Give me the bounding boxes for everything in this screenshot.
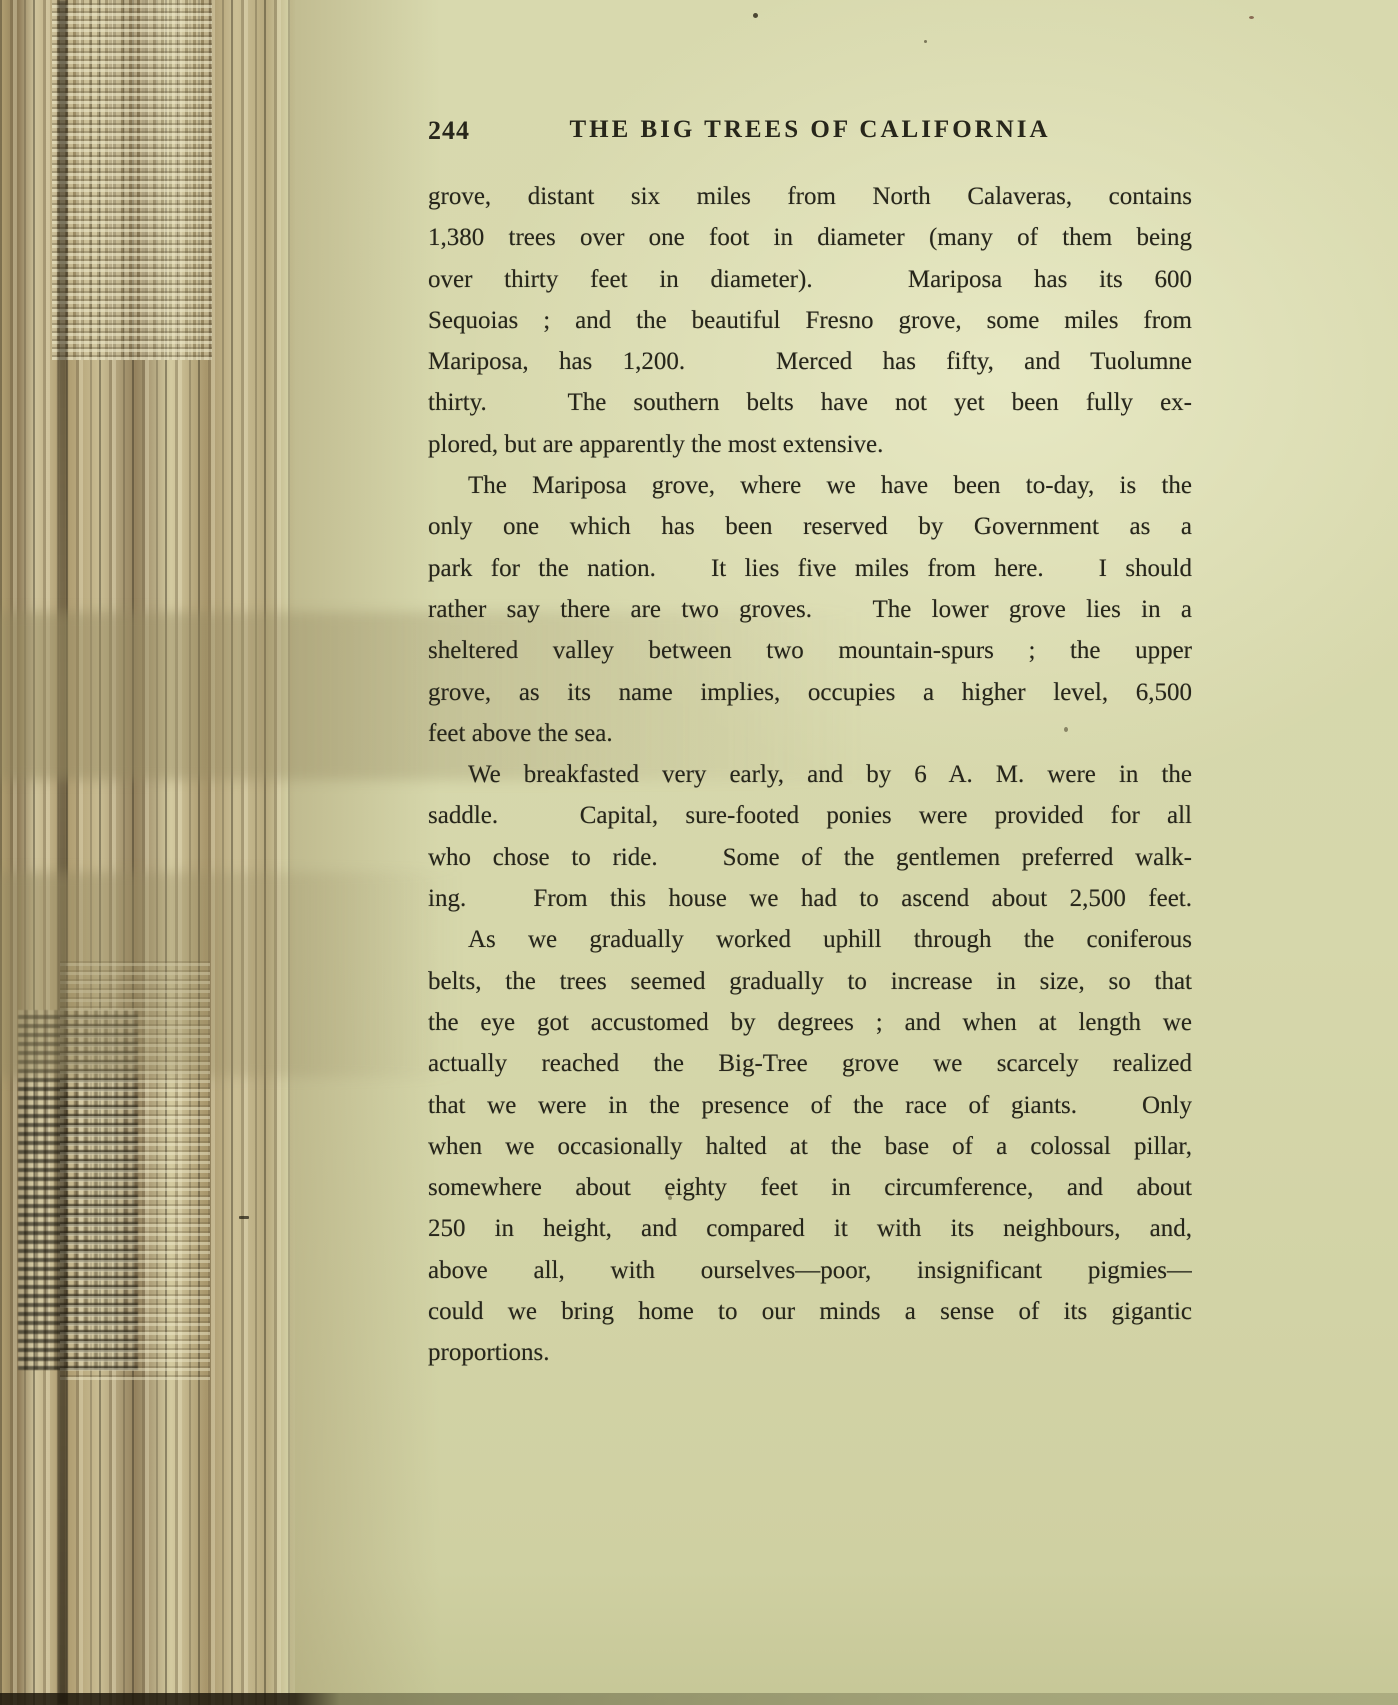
- page-edge-weave-texture: [52, 0, 212, 360]
- text-line: sheltered valley between two mountain-sp…: [428, 630, 1192, 671]
- text-line: who chose to ride. Some of the gentlemen…: [428, 837, 1192, 878]
- page-header: 244 THE BIG TREES OF CALIFORNIA: [428, 116, 1192, 152]
- text-line: actually reached the Big-Tree grove we s…: [428, 1043, 1192, 1084]
- text-line: park for the nation. It lies five miles …: [428, 548, 1192, 589]
- text-line: that we were in the presence of the race…: [428, 1085, 1192, 1126]
- body-text: grove, distant six miles from North Cala…: [428, 176, 1192, 1374]
- text-line: 250 in height, and compared it with its …: [428, 1208, 1192, 1249]
- text-line: grove, as its name implies, occupies a h…: [428, 672, 1192, 713]
- text-line: Sequoias ; and the beautiful Fresno grov…: [428, 300, 1192, 341]
- paper-speck: [239, 1216, 249, 1219]
- text-line: belts, the trees seemed gradually to inc…: [428, 961, 1192, 1002]
- text-line: We breakfasted very early, and by 6 A. M…: [428, 754, 1192, 795]
- text-line: proportions.: [428, 1332, 1192, 1373]
- text-line: rather say there are two groves. The low…: [428, 589, 1192, 630]
- page-edge-seam: [58, 0, 67, 1705]
- text-line: above all, with ourselves—poor, insignif…: [428, 1250, 1192, 1291]
- text-line: plored, but are apparently the most exte…: [428, 424, 1192, 465]
- text-line: Mariposa, has 1,200. Merced has fifty, a…: [428, 341, 1192, 382]
- paper-edge-shadow: [290, 0, 440, 1705]
- text-line: grove, distant six miles from North Cala…: [428, 176, 1192, 217]
- paragraph: The Mariposa grove, where we have been t…: [428, 465, 1192, 754]
- text-line: the eye got accustomed by degrees ; and …: [428, 1002, 1192, 1043]
- paragraph: As we gradually worked uphill through th…: [428, 919, 1192, 1373]
- book-page-photo: 244 THE BIG TREES OF CALIFORNIA grove, d…: [0, 0, 1398, 1705]
- text-line: over thirty feet in diameter). Mariposa …: [428, 259, 1192, 300]
- printed-page: 244 THE BIG TREES OF CALIFORNIA grove, d…: [428, 0, 1192, 1705]
- paragraph: grove, distant six miles from North Cala…: [428, 176, 1192, 465]
- text-line: could we bring home to our minds a sense…: [428, 1291, 1192, 1332]
- text-line: feet above the sea.: [428, 713, 1192, 754]
- text-line: ing. From this house we had to ascend ab…: [428, 878, 1192, 919]
- paragraph: We breakfasted very early, and by 6 A. M…: [428, 754, 1192, 919]
- text-line: only one which has been reserved by Gove…: [428, 506, 1192, 547]
- text-line: 1,380 trees over one foot in diameter (m…: [428, 217, 1192, 258]
- text-line: somewhere about eighty feet in circumfer…: [428, 1167, 1192, 1208]
- text-line: thirty. The southern belts have not yet …: [428, 382, 1192, 423]
- running-title: THE BIG TREES OF CALIFORNIA: [428, 116, 1192, 144]
- page-edge-weave-texture: [60, 960, 210, 1380]
- text-line: when we occasionally halted at the base …: [428, 1126, 1192, 1167]
- text-line: As we gradually worked uphill through th…: [428, 919, 1192, 960]
- text-line: The Mariposa grove, where we have been t…: [428, 465, 1192, 506]
- text-line: saddle. Capital, sure-footed ponies were…: [428, 795, 1192, 836]
- paper-speck: [1249, 16, 1254, 19]
